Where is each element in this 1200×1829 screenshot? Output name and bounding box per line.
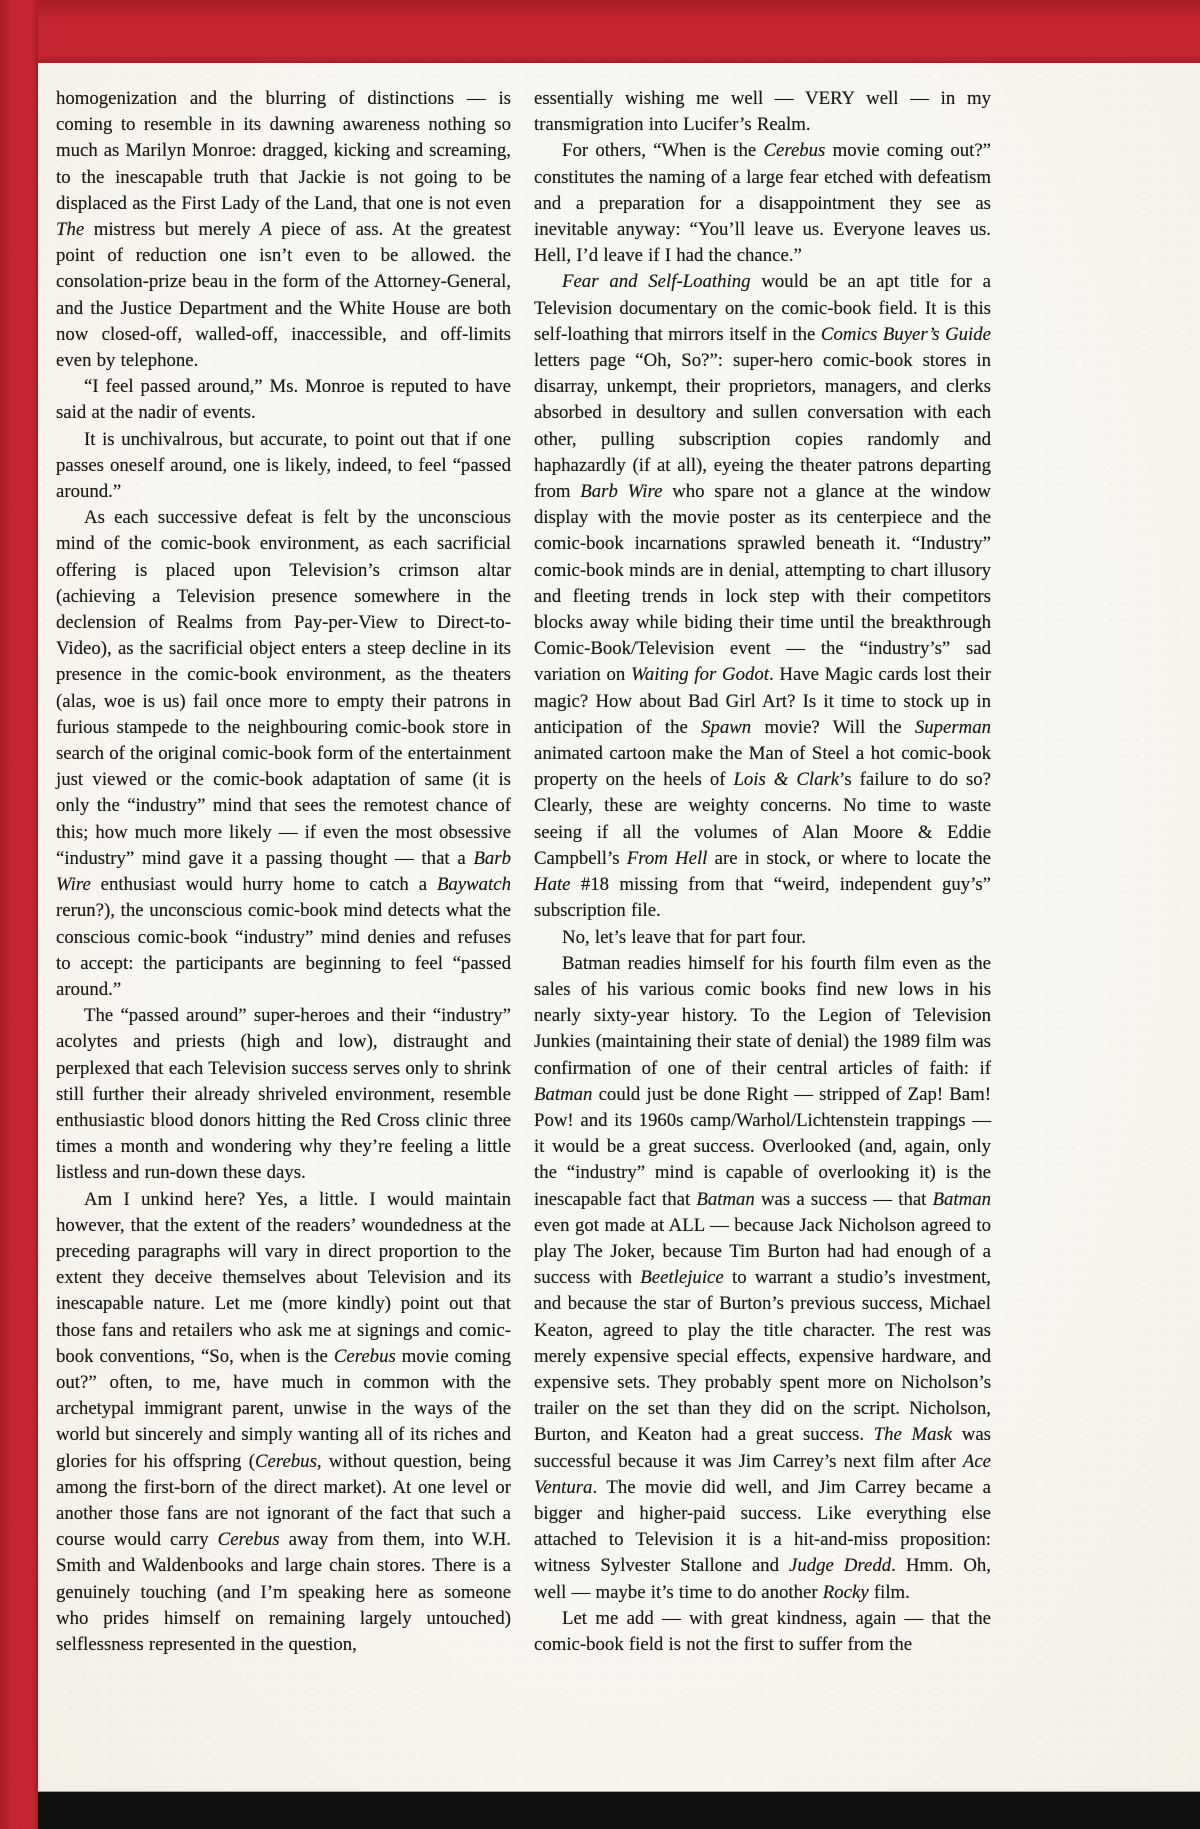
- text-run: Am I unkind here? Yes, a little. I would…: [56, 1189, 511, 1367]
- paragraph: As each successive defeat is felt by the…: [56, 505, 511, 1003]
- text-run: was a success — that: [755, 1189, 933, 1210]
- italic-title: Hate: [534, 874, 571, 895]
- text-run: #18 missing from that “weird, independen…: [534, 874, 991, 921]
- text-run: As each successive defeat is felt by the…: [56, 507, 511, 869]
- paragraph: Am I unkind here? Yes, a little. I would…: [56, 1187, 511, 1659]
- italic-title: Waiting for Godot: [631, 664, 769, 685]
- italic-title: The: [56, 219, 84, 240]
- italic-title: Batman: [534, 1084, 592, 1105]
- paragraph: It is unchivalrous, but accurate, to poi…: [56, 427, 511, 506]
- text-run: piece of ass. At the greatest point of r…: [56, 219, 511, 371]
- italic-title: A: [260, 219, 271, 240]
- italic-title: Superman: [915, 717, 991, 738]
- italic-title: The Mask: [874, 1424, 952, 1445]
- text-run: movie? Will the: [751, 717, 915, 738]
- italic-title: Lois & Clark: [733, 769, 839, 790]
- text-run: essentially wishing me well — VERY well …: [534, 88, 991, 135]
- paragraph: No, let’s leave that for part four.: [534, 925, 991, 951]
- text-run: mistress but merely: [84, 219, 260, 240]
- text-run: “I feel passed around,” Ms. Monroe is re…: [56, 376, 511, 423]
- italic-title: Cerebus: [763, 140, 825, 161]
- text-column-right: essentially wishing me well — VERY well …: [534, 86, 991, 1658]
- text-run: Batman readies himself for his fourth fi…: [534, 953, 991, 1079]
- text-run: No, let’s leave that for part four.: [562, 927, 806, 948]
- text-run: The “passed around” super-heroes and the…: [56, 1005, 511, 1183]
- text-run: Let me add — with great kindness, again …: [534, 1608, 991, 1655]
- text-run: homogenization and the blurring of disti…: [56, 88, 511, 214]
- paragraph: Let me add — with great kindness, again …: [534, 1606, 991, 1658]
- red-border-left: [0, 0, 38, 1829]
- italic-title: Spawn: [701, 717, 751, 738]
- italic-title: From Hell: [627, 848, 708, 869]
- paragraph: For others, “When is the Cerebus movie c…: [534, 138, 991, 269]
- italic-title: Comics Buyer’s Guide: [821, 324, 991, 345]
- paragraph: Fear and Self-Loathing would be an apt t…: [534, 269, 991, 924]
- italic-title: Cerebus: [255, 1451, 317, 1472]
- text-run: film.: [869, 1582, 910, 1603]
- italic-title: Baywatch: [437, 874, 511, 895]
- italic-title: Judge Dredd: [789, 1555, 891, 1576]
- italic-title: Batman: [696, 1189, 754, 1210]
- page-scan: homogenization and the blurring of disti…: [0, 0, 1200, 1829]
- paragraph: “I feel passed around,” Ms. Monroe is re…: [56, 374, 511, 426]
- black-border-bottom: [38, 1792, 1200, 1829]
- text-run: rerun?), the unconscious comic-book mind…: [56, 900, 511, 1000]
- text-run: letters page “Oh, So?”: super-hero comic…: [534, 350, 991, 502]
- text-run: It is unchivalrous, but accurate, to poi…: [56, 429, 511, 502]
- text-run: are in stock, or where to locate the: [707, 848, 991, 869]
- red-border-top: [0, 0, 1200, 63]
- text-run: who spare not a glance at the window dis…: [534, 481, 991, 685]
- text-column-left: homogenization and the blurring of disti…: [56, 86, 511, 1658]
- italic-title: Cerebus: [218, 1529, 280, 1550]
- italic-title: Barb Wire: [580, 481, 662, 502]
- italic-title: Rocky: [823, 1582, 869, 1603]
- text-run: For others, “When is the: [562, 140, 763, 161]
- paragraph: The “passed around” super-heroes and the…: [56, 1003, 511, 1186]
- italic-title: Fear and Self-Loathing: [562, 271, 751, 292]
- paragraph: Batman readies himself for his fourth fi…: [534, 951, 991, 1606]
- text-run: enthusiast would hurry home to catch a: [91, 874, 437, 895]
- paragraph: essentially wishing me well — VERY well …: [534, 86, 991, 138]
- text-run: to warrant a studio’s investment, and be…: [534, 1267, 991, 1445]
- italic-title: Beetlejuice: [640, 1267, 723, 1288]
- paragraph: homogenization and the blurring of disti…: [56, 86, 511, 374]
- italic-title: Cerebus: [334, 1346, 396, 1367]
- italic-title: Batman: [933, 1189, 991, 1210]
